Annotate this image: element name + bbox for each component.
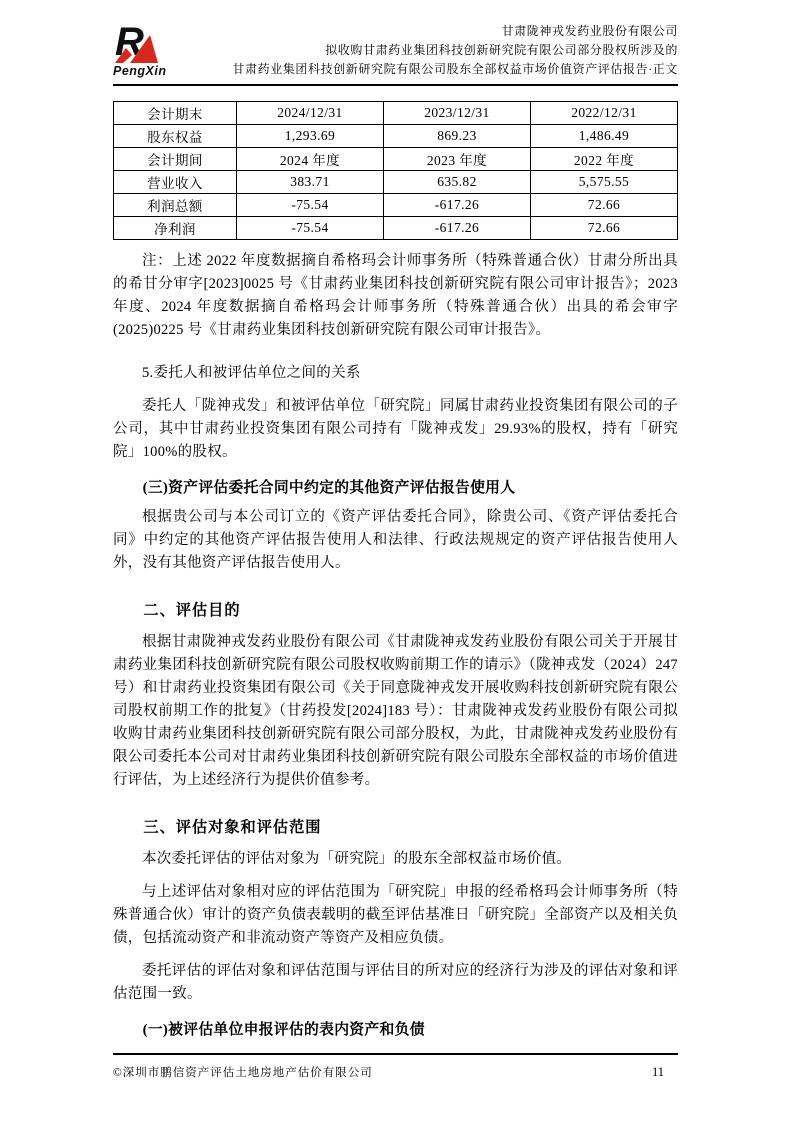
footer-company-name: ©深圳市鹏信资产评估土地房地产估价有限公司 [113,1064,373,1080]
other-report-users-paragraph: 根据贵公司与本公司订立的《资产评估委托合同》，除贵公司、《资产评估委托合同》中约… [113,506,678,575]
header-divider [113,84,678,86]
table-row: 会计期间 2024 年度 2023 年度 2022 年度 [114,148,678,171]
subsection-heading-5: 5.委托人和被评估单位之间的关系 [113,362,678,385]
header-line-1: 甘肃陇神戎发药业股份有限公司 [187,22,678,41]
table-cell: -617.26 [383,217,530,240]
table-cell: 869.23 [383,125,530,148]
table-row: 股东权益 1,293.69 869.23 1,486.49 [114,125,678,148]
header-title-lines: 甘肃陇神戎发药业股份有限公司 拟收购甘肃药业集团科技创新研究院有限公司部分股权所… [187,20,678,79]
heading-onbalance-assets: (一)被评估单位申报评估的表内资产和负债 [113,1019,678,1042]
table-cell: 2022/12/31 [530,102,677,125]
table-note-paragraph: 注：上述 2022 年度数据摘自希格玛会计师事务所（特殊普通合伙）甘肃分所出具的… [113,250,678,342]
heading-other-report-users: (三)资产评估委托合同中约定的其他资产评估报告使用人 [113,477,678,500]
table-row: 会计期末 2024/12/31 2023/12/31 2022/12/31 [114,102,678,125]
table-cell: 2022 年度 [530,148,677,171]
pengxin-logo-text: PengXin [113,64,187,78]
table-cell: 2023 年度 [383,148,530,171]
document-page: R PengXin 甘肃陇神戎发药业股份有限公司 拟收购甘肃药业集团科技创新研究… [0,0,793,1122]
header-line-3: 甘肃药业集团科技创新研究院有限公司股东全部权益市场价值资产评估报告·正文 [187,60,678,79]
table-cell: 2024/12/31 [236,102,383,125]
financial-summary-table: 会计期末 2024/12/31 2023/12/31 2022/12/31 股东… [113,101,678,240]
table-cell: 1,486.49 [530,125,677,148]
section-heading-scope: 三、评估对象和评估范围 [113,816,678,839]
scope-paragraph-3: 委托评估的评估对象和评估范围与评估目的所对应的经济行为涉及的评估对象和评估范围一… [113,960,678,1006]
table-row-label: 会计期末 [114,102,237,125]
table-cell: 5,575.55 [530,171,677,194]
table-row: 净利润 -75.54 -617.26 72.66 [114,217,678,240]
section-heading-purpose: 二、评估目的 [113,599,678,622]
page-number: 11 [652,1065,678,1080]
table-row: 营业收入 383.71 635.82 5,575.55 [114,171,678,194]
page-header: R PengXin 甘肃陇神戎发药业股份有限公司 拟收购甘肃药业集团科技创新研究… [113,20,678,79]
table-cell: 72.66 [530,217,677,240]
table-row-label: 会计期间 [114,148,237,171]
table-row-label: 利润总额 [114,194,237,217]
table-cell: 72.66 [530,194,677,217]
table-cell: -75.54 [236,194,383,217]
pengxin-logo-icon: R [113,22,169,64]
pengxin-logo: R PengXin [113,20,187,78]
table-cell: 2024 年度 [236,148,383,171]
table-cell: 2023/12/31 [383,102,530,125]
scope-paragraph-2: 与上述评估对象相对应的评估范围为「研究院」申报的经希格玛会计师事务所（特殊普通合… [113,881,678,950]
table-cell: 383.71 [236,171,383,194]
page-footer: ©深圳市鹏信资产评估土地房地产估价有限公司 11 [113,1053,678,1080]
table-row-label: 营业收入 [114,171,237,194]
table-cell: 635.82 [383,171,530,194]
footer-row: ©深圳市鹏信资产评估土地房地产估价有限公司 11 [113,1055,678,1080]
relationship-paragraph: 委托人「陇神戎发」和被评估单位「研究院」同属甘肃药业投资集团有限公司的子公司，其… [113,395,678,464]
table-cell: -617.26 [383,194,530,217]
document-body: 注：上述 2022 年度数据摘自希格玛会计师事务所（特殊普通合伙）甘肃分所出具的… [113,250,678,1042]
purpose-paragraph: 根据甘肃陇神戎发药业股份有限公司《甘肃陇神戎发药业股份有限公司关于开展甘肃药业集… [113,631,678,792]
table-row-label: 净利润 [114,217,237,240]
table-cell: 1,293.69 [236,125,383,148]
header-line-2: 拟收购甘肃药业集团科技创新研究院有限公司部分股权所涉及的 [187,41,678,60]
table-row-label: 股东权益 [114,125,237,148]
scope-paragraph-1: 本次委托评估的评估对象为「研究院」的股东全部权益市场价值。 [113,848,678,871]
table-row: 利润总额 -75.54 -617.26 72.66 [114,194,678,217]
table-cell: -75.54 [236,217,383,240]
